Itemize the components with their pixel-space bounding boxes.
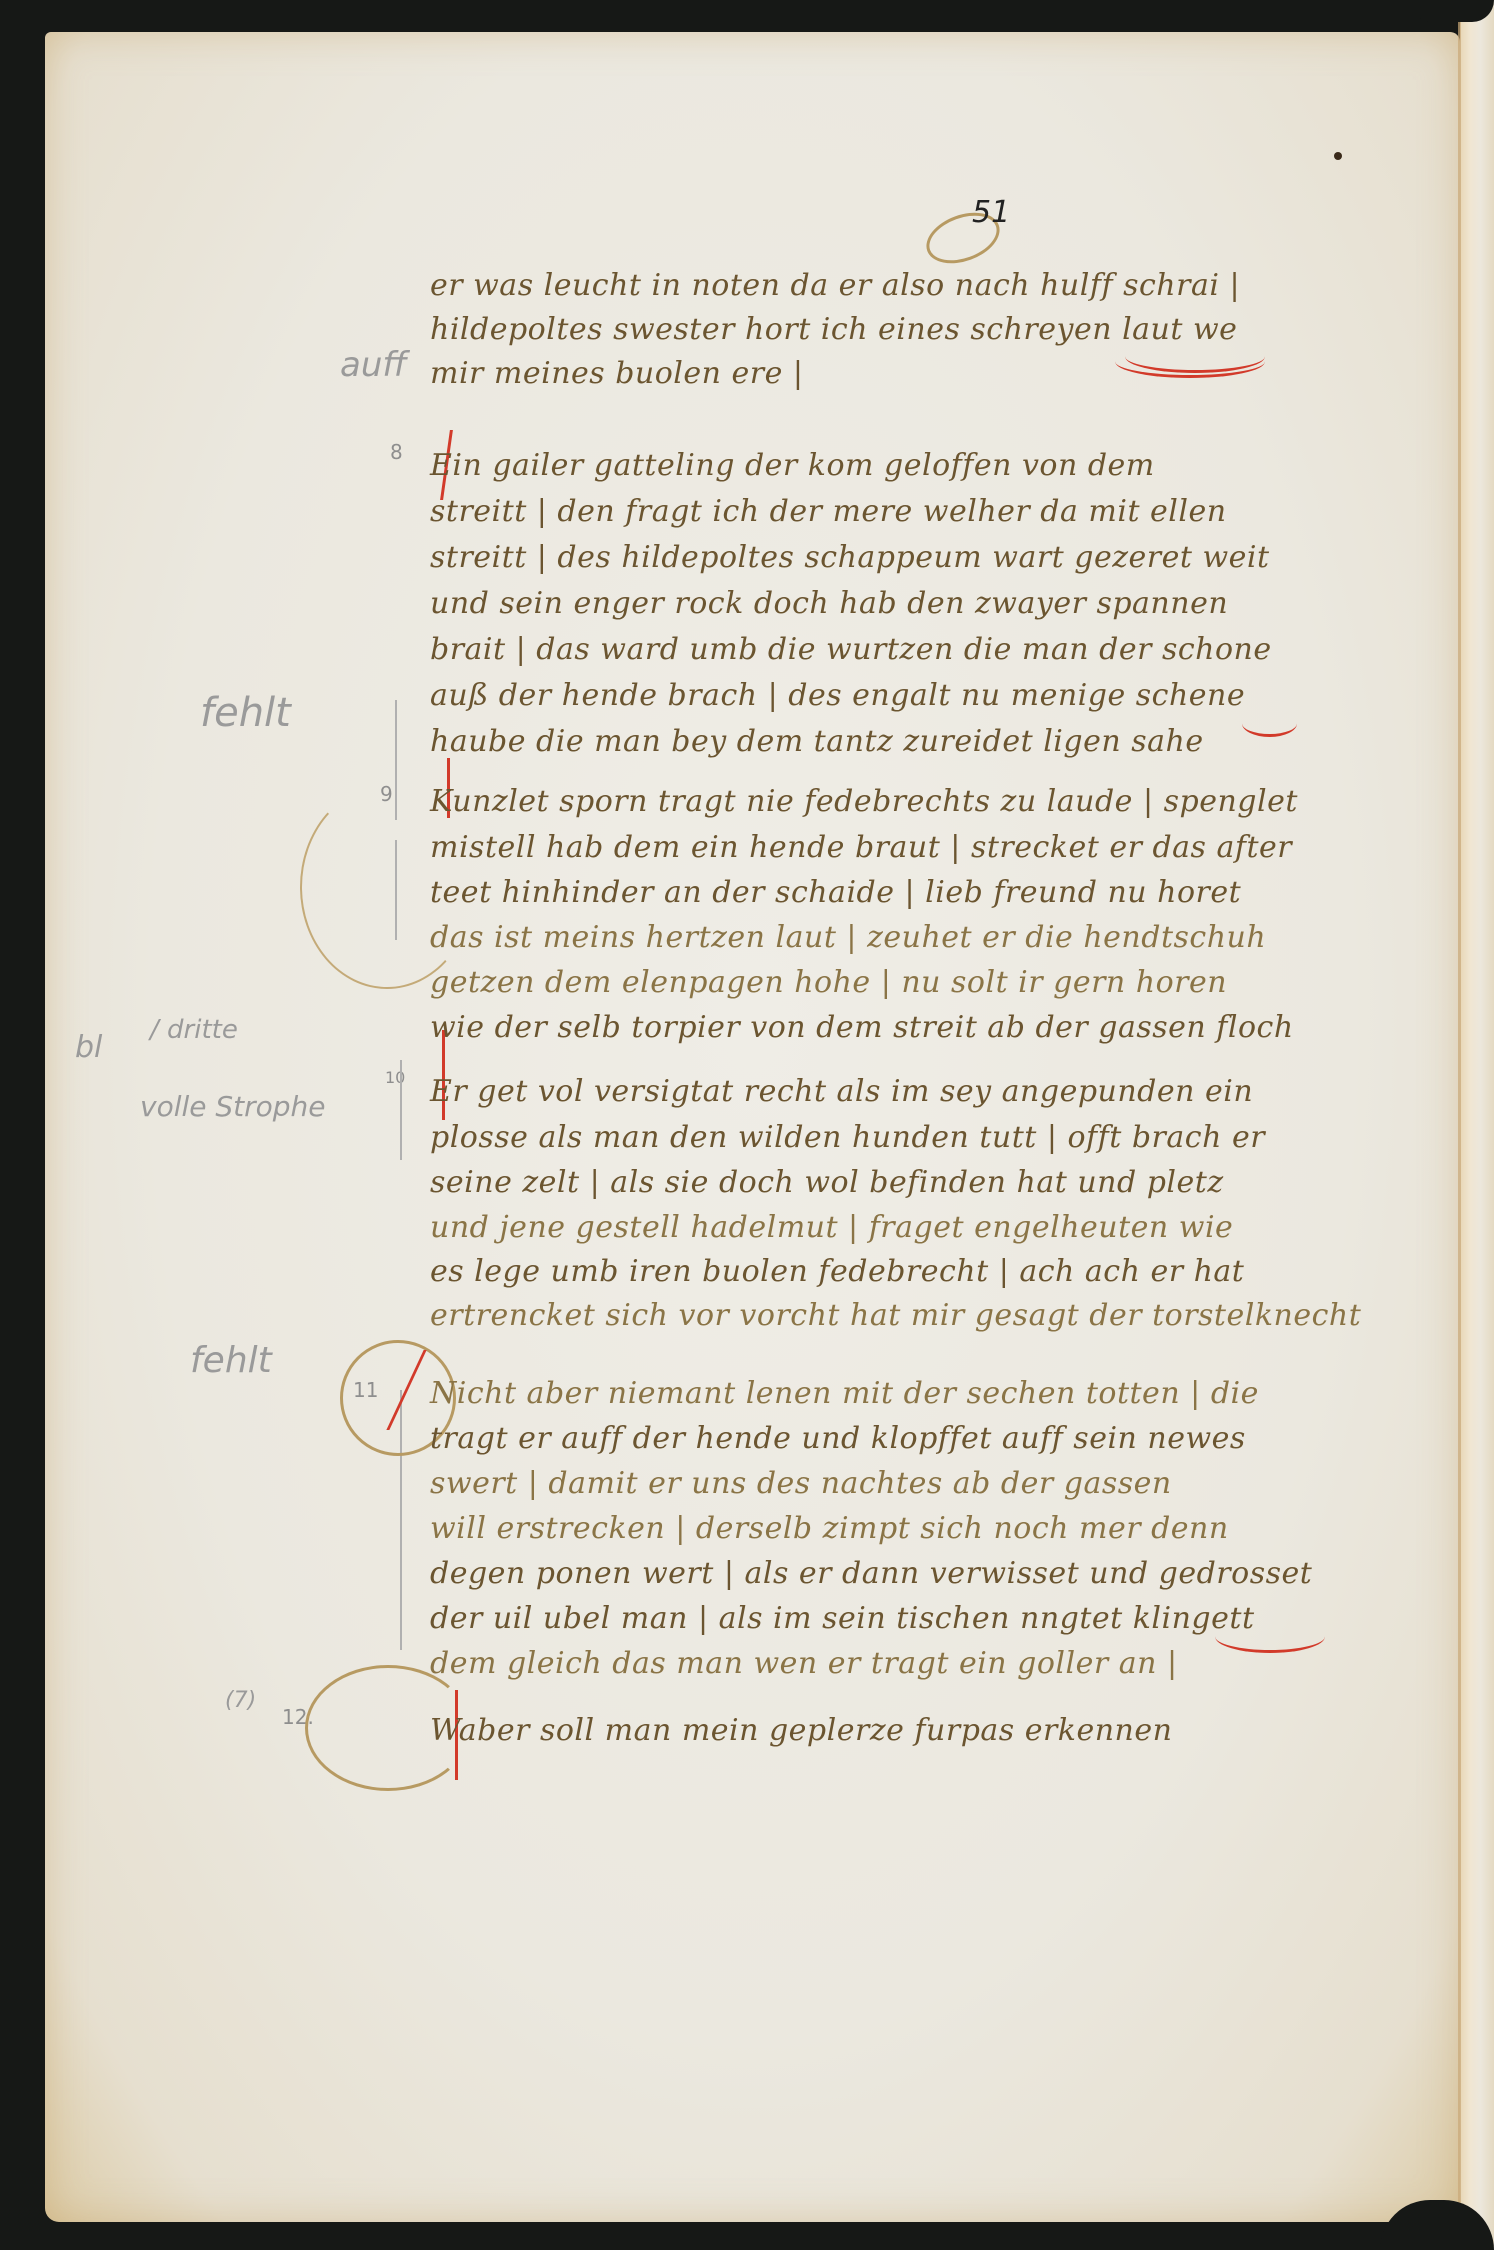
text-line: es lege umb iren buolen fedebrecht | ach… — [430, 1254, 1244, 1289]
text-line: streitt | den fragt ich der mere welher … — [430, 494, 1227, 529]
text-line: will erstrecken | derselb zimpt sich noc… — [430, 1511, 1229, 1546]
text-line: teet hinhinder an der schaide | lieb fre… — [430, 875, 1241, 910]
pencil-bracket-10 — [400, 1060, 402, 1160]
margin-note-auff: auff — [340, 345, 407, 385]
paragraph-number-8: 8 — [390, 440, 403, 464]
text-line: streitt | des hildepoltes schappeum wart… — [430, 540, 1270, 575]
text-line: Kunzlet sporn tragt nie fedebrechts zu l… — [430, 784, 1298, 819]
text-line: wie der selb torpier von dem streit ab d… — [430, 1010, 1294, 1045]
margin-note-volle-strophe: volle Strophe — [140, 1090, 326, 1123]
text-line: Er get vol versigtat recht als im sey an… — [430, 1074, 1253, 1109]
paragraph-number-10: 10 — [385, 1068, 405, 1087]
facing-page-edge — [1460, 0, 1494, 2250]
text-line: Waber soll man mein geplerze furpas erke… — [430, 1713, 1172, 1748]
text-line: haube die man bey dem tantz zureidet lig… — [430, 724, 1204, 759]
margin-note-fehlt-11: fehlt — [190, 1340, 272, 1381]
margin-note-fehlt-8: fehlt — [200, 690, 291, 736]
text-line: hildepoltes swester hort ich eines schre… — [430, 312, 1237, 347]
margin-note-7: (7) — [225, 1688, 256, 1713]
text-line: mir meines buolen ere | — [430, 356, 804, 391]
text-line: tragt er auff der hende und klopffet auf… — [430, 1421, 1246, 1456]
rubric-flourish-3 — [1242, 710, 1297, 737]
margin-note-bl: bl — [75, 1030, 102, 1065]
text-line: seine zelt | als sie doch wol befinden h… — [430, 1165, 1224, 1200]
ink-spot — [1334, 152, 1342, 160]
text-line: getzen dem elenpagen hohe | nu solt ir g… — [430, 965, 1227, 1000]
text-line: das ist meins hertzen laut | zeuhet er d… — [430, 920, 1266, 955]
folio-number: 51 — [972, 195, 1010, 230]
text-line: brait | das ward umb die wurtzen die man… — [430, 632, 1272, 667]
text-line: mistell hab dem ein hende braut | streck… — [430, 830, 1292, 865]
text-line: er was leucht in noten da er also nach h… — [430, 268, 1240, 303]
text-line: Ein gailer gatteling der kom geloffen vo… — [430, 448, 1155, 483]
background-top-right — [1410, 0, 1494, 22]
text-line: auß der hende brach | des engalt nu meni… — [430, 678, 1245, 713]
text-line: degen ponen wert | als er dann verwisset… — [430, 1556, 1312, 1591]
text-line: der uil ubel man | als im sein tischen n… — [430, 1601, 1255, 1636]
text-line: dem gleich das man wen er tragt ein goll… — [430, 1646, 1178, 1681]
margin-note-dritte: / dritte — [150, 1015, 238, 1045]
text-line: und jene gestell hadelmut | fraget engel… — [430, 1210, 1233, 1245]
text-line: und sein enger rock doch hab den zwayer … — [430, 586, 1228, 621]
binding-gutter — [1458, 18, 1461, 2218]
text-line: swert | damit er uns des nachtes ab der … — [430, 1466, 1172, 1501]
text-line: ertrencket sich vor vorcht hat mir gesag… — [430, 1298, 1361, 1333]
text-line: Nicht aber niemant lenen mit der sechen … — [430, 1376, 1259, 1411]
text-line: plosse als man den wilden hunden tutt | … — [430, 1120, 1265, 1155]
